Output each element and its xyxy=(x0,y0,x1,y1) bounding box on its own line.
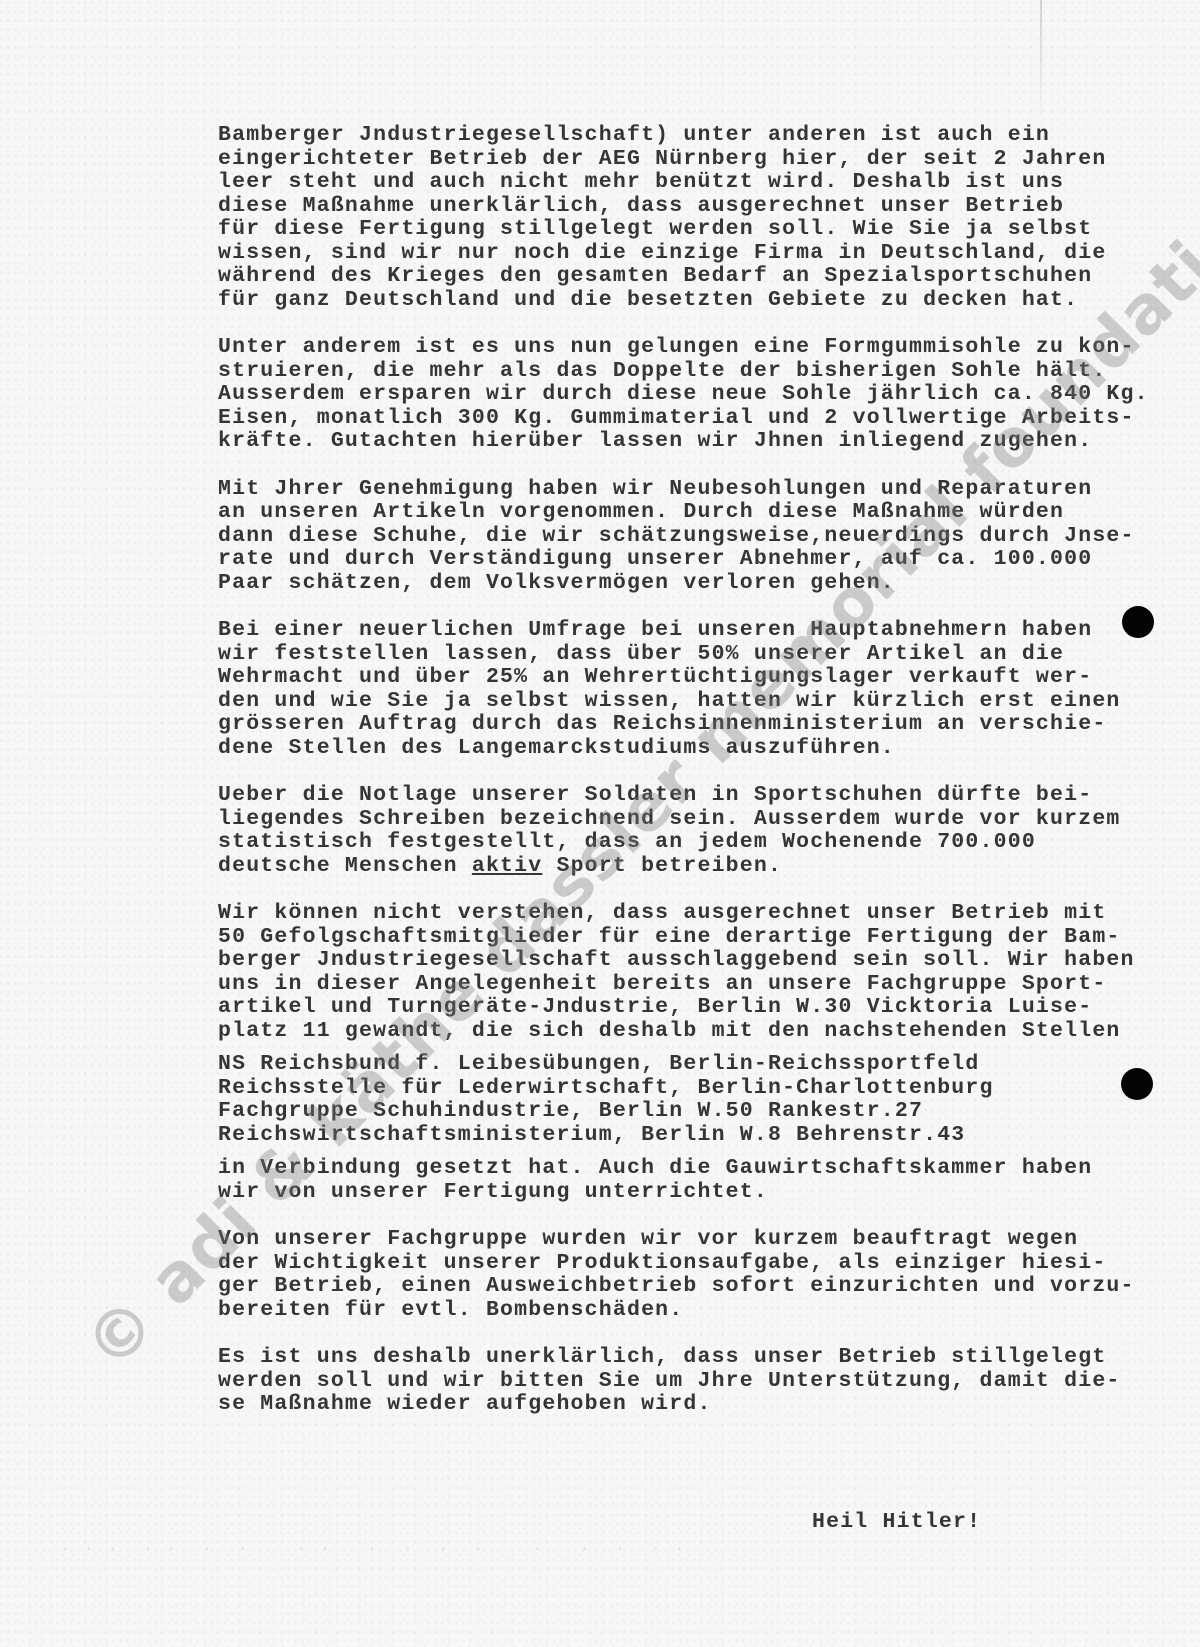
text-line: rate und durch Verständigung unserer Abn… xyxy=(218,548,1188,572)
paragraph-8: Von unserer Fachgruppe wurden wir vor ku… xyxy=(218,1228,1188,1322)
text-line: für diese Fertigung stillgelegt werden s… xyxy=(218,218,1188,242)
text-line: ger Betrieb, einen Ausweichbetrieb sofor… xyxy=(218,1275,1188,1299)
text-line: statistisch festgestellt, dass an jedem … xyxy=(218,831,1188,855)
text-line: an unseren Artikeln vorgenommen. Durch d… xyxy=(218,501,1188,525)
text-line: Wir können nicht verstehen, dass ausgere… xyxy=(218,902,1188,926)
closing-salutation: Heil Hitler! xyxy=(812,1510,981,1534)
text-line: Wehrmacht und über 25% an Wehrertüchtigu… xyxy=(218,666,1188,690)
paper-fold-mark xyxy=(1040,0,1042,130)
text-line: in Verbindung gesetzt hat. Auch die Gauw… xyxy=(218,1157,1188,1181)
text-line: liegendes Schreiben bezeichnend sein. Au… xyxy=(218,808,1188,832)
text-line: wir von unserer Fertigung unterrichtet. xyxy=(218,1181,1188,1205)
text-line: dann diese Schuhe, die wir schätzungswei… xyxy=(218,525,1188,549)
text-line: 50 Gefolgschaftsmitglieder für eine dera… xyxy=(218,926,1188,950)
scanned-page: · · · · · · · · · · · · · · · · · · Bamb… xyxy=(0,0,1200,1647)
text-line: werden soll und wir bitten Sie um Jhre U… xyxy=(218,1370,1188,1394)
text-line: deutsche Menschen aktiv Sport betreiben. xyxy=(218,855,1188,879)
text-line: Bei einer neuerlichen Umfrage bei unsere… xyxy=(218,619,1188,643)
text-line: wir feststellen lassen, dass über 50% un… xyxy=(218,643,1188,667)
paragraph-1: Bamberger Jndustriegesellschaft) unter a… xyxy=(218,124,1188,312)
text-line: Mit Jhrer Genehmigung haben wir Neubesoh… xyxy=(218,478,1188,502)
text-line: diese Maßnahme unerklärlich, dass ausger… xyxy=(218,195,1188,219)
text-line: wissen, sind wir nur noch die einzige Fi… xyxy=(218,242,1188,266)
text-line: berger Jndustriegesellschaft ausschlagge… xyxy=(218,949,1188,973)
text-line: se Maßnahme wieder aufgehoben wird. xyxy=(218,1393,1188,1417)
paragraph-3: Mit Jhrer Genehmigung haben wir Neubesoh… xyxy=(218,478,1188,596)
text-segment: deutsche Menschen xyxy=(218,854,472,878)
paragraph-7: in Verbindung gesetzt hat. Auch die Gauw… xyxy=(218,1157,1188,1204)
text-line: uns in dieser Angelegenheit bereits an u… xyxy=(218,973,1188,997)
punch-hole-icon xyxy=(1122,606,1154,638)
text-line: für ganz Deutschland und die besetzten G… xyxy=(218,289,1188,313)
text-line: bereiten für evtl. Bombenschäden. xyxy=(218,1299,1188,1323)
punch-hole-icon xyxy=(1121,1068,1153,1100)
text-line: Bamberger Jndustriegesellschaft) unter a… xyxy=(218,124,1188,148)
text-line: während des Krieges den gesamten Bedarf … xyxy=(218,265,1188,289)
text-line: der Wichtigkeit unserer Produktionsaufga… xyxy=(218,1252,1188,1276)
paragraph-6: Wir können nicht verstehen, dass ausgere… xyxy=(218,902,1188,1043)
text-line: eingerichteter Betrieb der AEG Nürnberg … xyxy=(218,148,1188,172)
text-line: artikel und Turngeräte-Jndustrie, Berlin… xyxy=(218,996,1188,1020)
text-line: Paar schätzen, dem Volksvermögen verlore… xyxy=(218,572,1188,596)
text-line: leer steht und auch nicht mehr benützt w… xyxy=(218,171,1188,195)
paragraph-9: Es ist uns deshalb unerklärlich, dass un… xyxy=(218,1346,1188,1417)
bleed-through-text: · · · · · · · · · · · · · · · · · · xyxy=(60,1540,1110,1560)
text-line: Es ist uns deshalb unerklärlich, dass un… xyxy=(218,1346,1188,1370)
text-line: Von unserer Fachgruppe wurden wir vor ku… xyxy=(218,1228,1188,1252)
